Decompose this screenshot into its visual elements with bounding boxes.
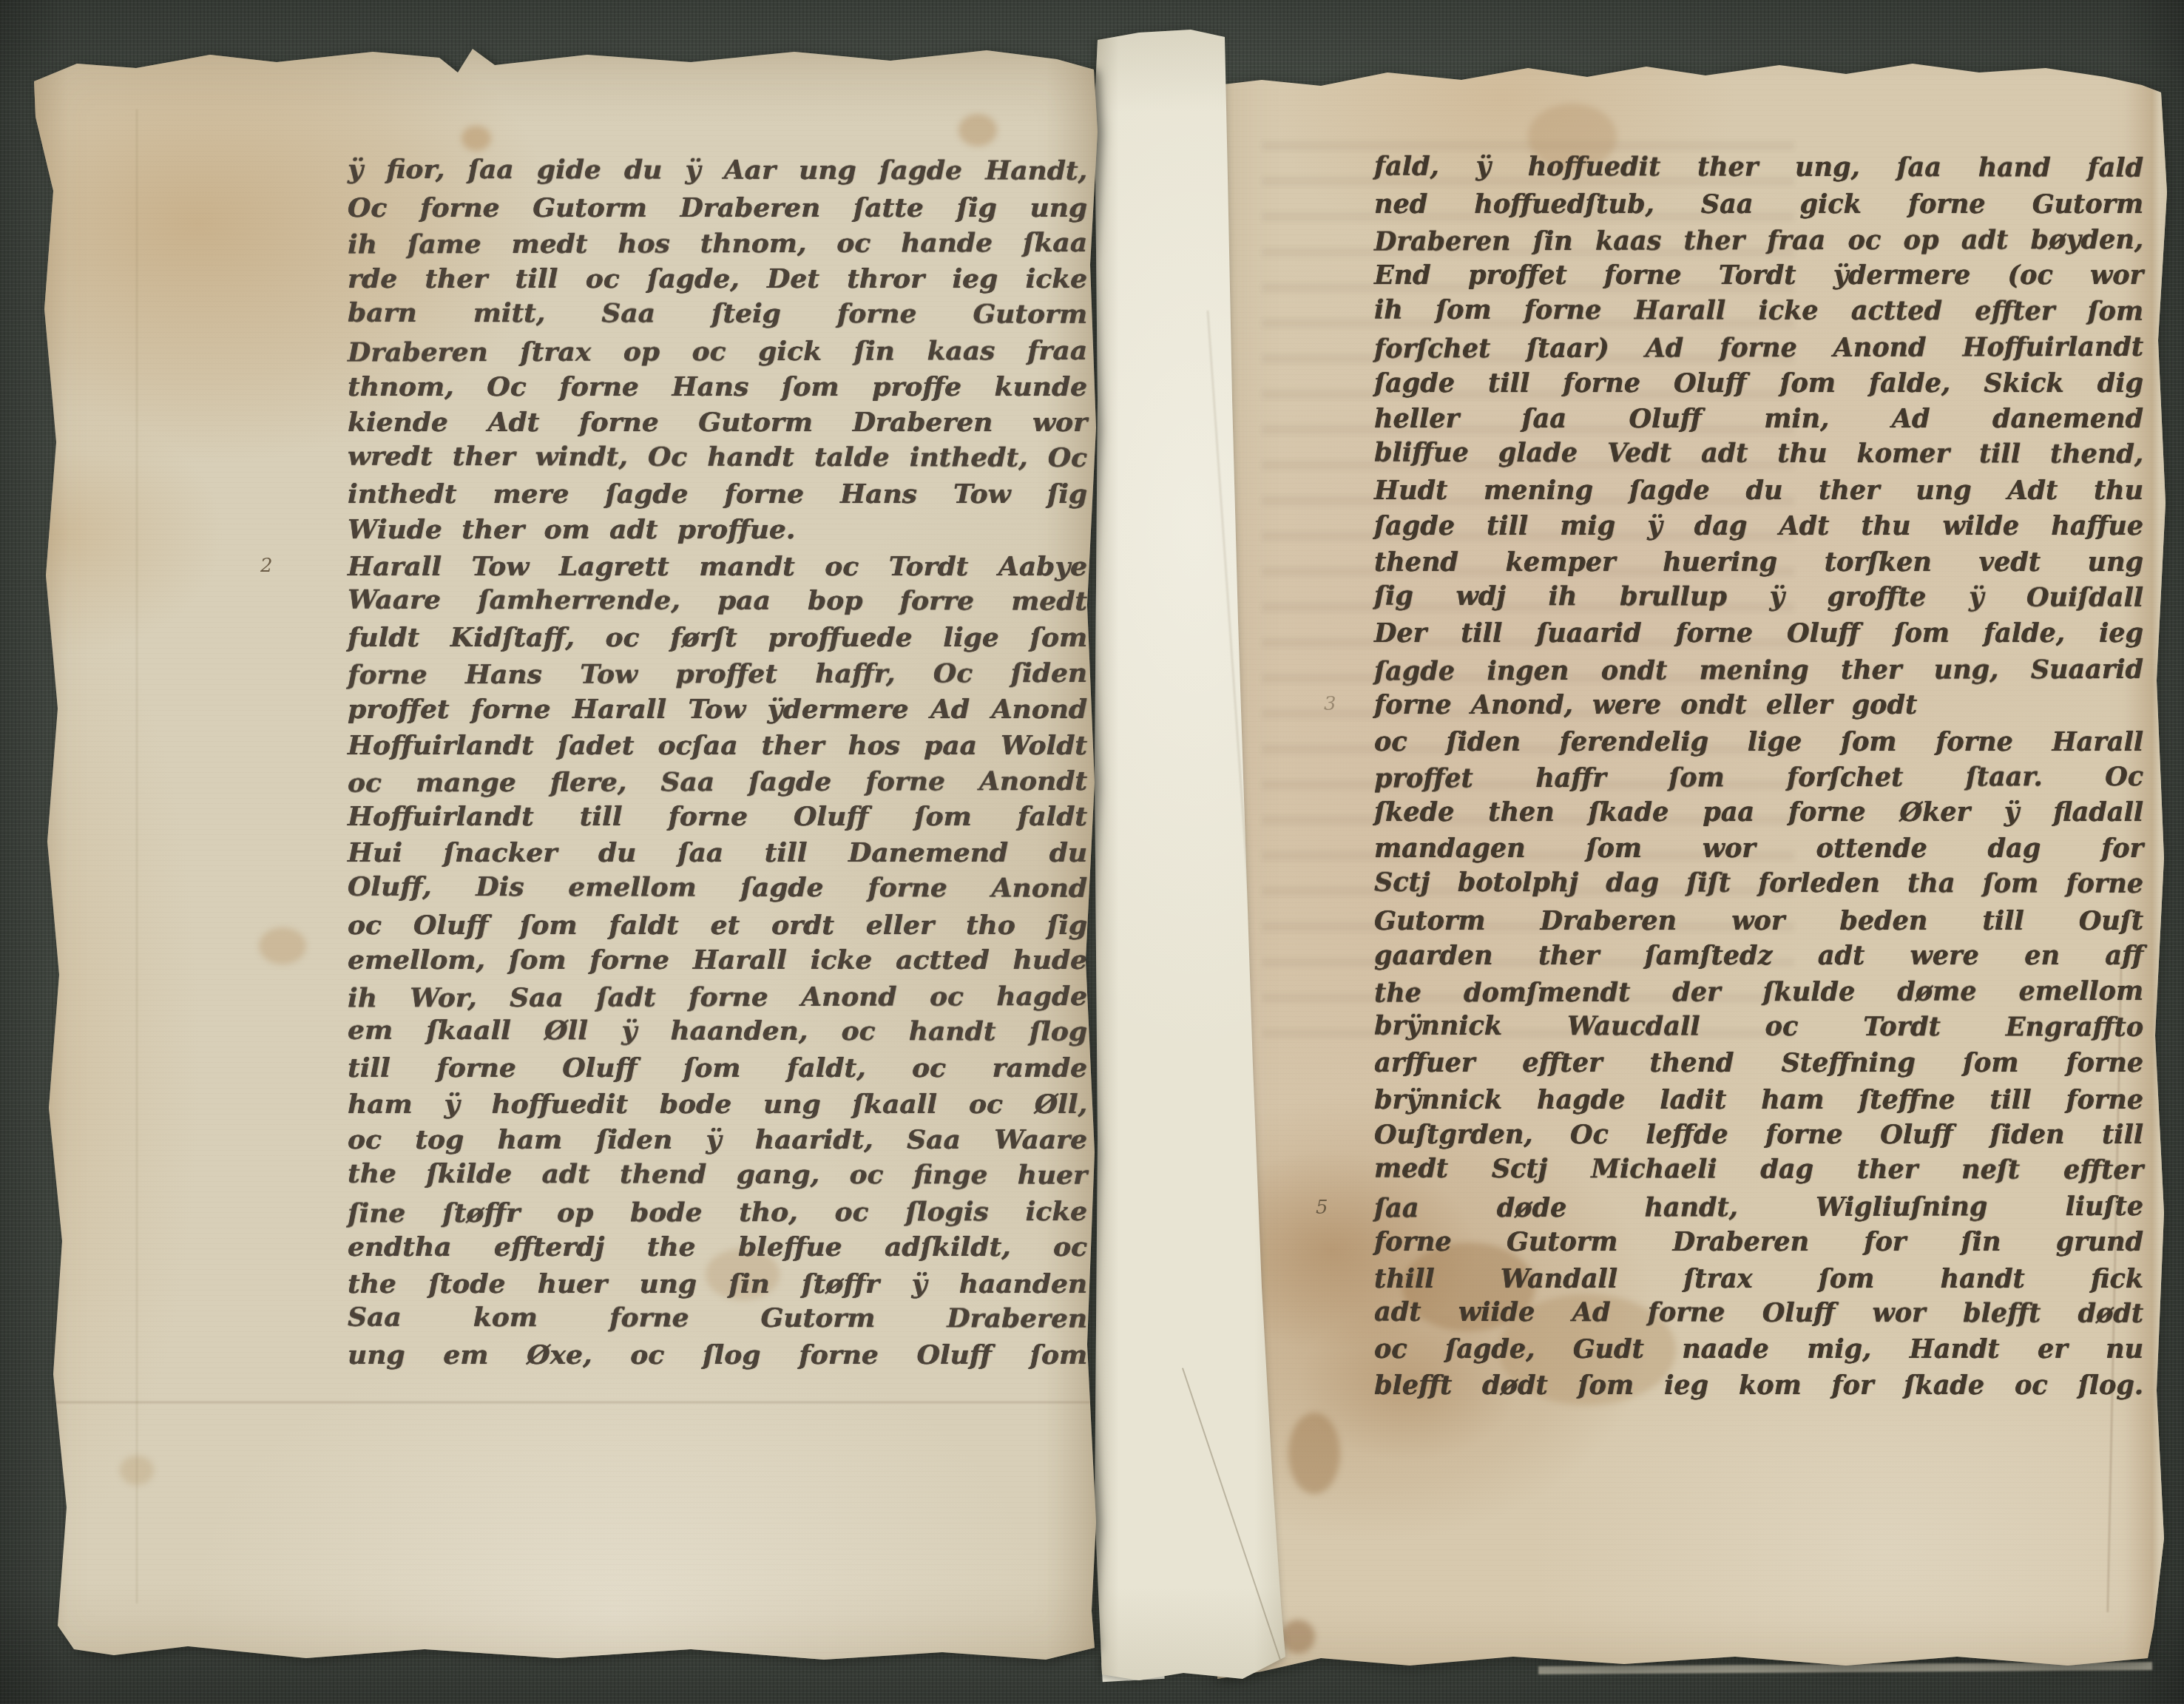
manuscript-text-line: Hoffuirlandt ſadet ocſaa ther hos paa Wo… <box>348 728 1087 763</box>
manuscript-text-line: ih ſame medt hos thnom, oc hande ſkaa <box>348 225 1087 263</box>
fold-crease <box>136 109 138 1603</box>
manuscript-text-line: Oc forne Gutorm Draberen ſatte ſig ung <box>348 189 1087 226</box>
manuscript-text-line: inthedt mere ſagde forne Hans Tow ſig <box>348 476 1087 513</box>
manuscript-text-line: fuldt Kidſtaff, oc førſt proffuede lige … <box>348 620 1087 656</box>
stain <box>259 927 306 964</box>
left-page: 2 ÿ fior, ſaa gide du ÿ Aar ung ſagde Ha… <box>25 43 1099 1679</box>
manuscript-text-line: forne Hans Tow proffet haffr, Oc ſiden <box>348 655 1087 693</box>
manuscript-text-line: ung em Øxe, oc ſlog forne Oluff ſom <box>348 1337 1087 1373</box>
manuscript-text-line: rde ther till oc ſagde, Det thror ieg ic… <box>348 261 1087 297</box>
manuscript-text-line: Oluff, Dis emellom ſagde forne Anond <box>348 869 1087 907</box>
stain <box>120 1455 154 1485</box>
manuscript-text-line: emellom, ſom forne Harall icke actted hu… <box>348 942 1087 978</box>
left-page-text: ÿ fior, ſaa gide du ÿ Aar ung ſagde Hand… <box>348 153 1087 1373</box>
manuscript-text-line: proffet forne Harall Tow ÿdermere Ad Ano… <box>348 692 1087 728</box>
fold-crease <box>47 1402 1090 1403</box>
manuscript-text-line: the ſkilde adt thend gang, oc finge huer <box>348 1156 1087 1194</box>
manuscript-text-line: kiende Adt forne Gutorm Draberen wor <box>348 405 1087 441</box>
manuscript-text-line: ÿ fior, ſaa gide du ÿ Aar ung ſagde Hand… <box>348 152 1087 189</box>
manuscript-text-line: ſine ſtøffr op bode tho, oc ſlogis icke <box>348 1193 1087 1231</box>
manuscript-text-line: Hui ſnacker du ſaa till Danemend du <box>348 835 1087 871</box>
manuscript-text-line: Harall Tow Lagrett mandt oc Tordt Aabye <box>348 548 1087 584</box>
manuscript-text-line: oc tog ham ſiden ÿ haaridt, Saa Waare <box>348 1122 1087 1158</box>
stain <box>462 126 491 151</box>
manuscript-text-line: ih Wor, Saa ſadt forne Anond oc hagde <box>348 978 1087 1015</box>
manuscript-text-line: Hoffuirlandt till forne Oluff ſom faldt <box>348 799 1087 835</box>
stain <box>959 114 997 146</box>
manuscript-text-line: Wiude ther om adt proffue. <box>348 512 1087 548</box>
manuscript-text-line: thnom, Oc forne Hans ſom proffe kunde <box>348 369 1087 405</box>
manuscript-text-line: Saa kom forne Gutorm Draberen <box>348 1299 1087 1337</box>
manuscript-text-line: wredt ther windt, Oc handt talde inthedt… <box>348 439 1087 476</box>
manuscript-text-line: oc Oluff ſom faldt et ordt eller tho ſig <box>348 907 1087 943</box>
manuscript-text-line: em ſkaall Øll ÿ haanden, oc handt ſlog <box>348 1012 1087 1050</box>
manuscript-text-line: Waare ſamherrende, paa bop forre medt <box>348 582 1087 620</box>
manuscript-text-line: oc mange flere, Saa ſagde forne Anondt <box>348 763 1087 800</box>
manuscript-text-line: ham ÿ hoffuedit bode ung ſkaall oc Øll, <box>348 1086 1087 1123</box>
manuscript-photo: 3 5 fald, ÿ hoffuedit ther ung, ſaa hand… <box>0 0 2184 1704</box>
manuscript-text-line: endtha effterdj the bleffue adſkildt, oc <box>348 1229 1087 1265</box>
paragraph-number: 2 <box>260 556 273 575</box>
manuscript-text-line: till forne Oluff ſom faldt, oc ramde <box>348 1050 1087 1086</box>
manuscript-text-line: Draberen ſtrax op oc gick ſin kaas fraa <box>348 332 1087 370</box>
manuscript-text-line: barn mitt, Saa ſteig forne Gutorm <box>348 295 1087 333</box>
manuscript-text-line: the ſtode huer ung ſin ſtøffr ÿ haanden <box>348 1265 1087 1302</box>
